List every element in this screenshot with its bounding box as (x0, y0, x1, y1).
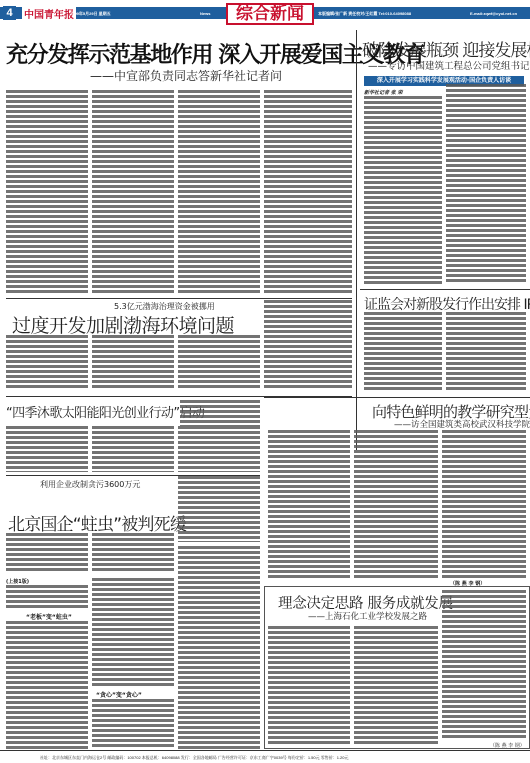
bohai-body-col1 (6, 335, 88, 390)
beijing-section-label: “老板”变“蛀虫” (26, 612, 72, 621)
bohai-body-col3 (178, 335, 260, 390)
solar-body-right (180, 400, 260, 426)
university-signature: （陈 燕 李 钢） (450, 580, 485, 587)
beijing-body-col1-mid (6, 585, 88, 610)
beijing-body-col2 (92, 578, 174, 686)
lead-subhead: ——中宣部负责同志答新华社记者问 (90, 67, 282, 84)
bohai-body-col4 (264, 300, 352, 390)
column-divider (356, 30, 357, 450)
solar-body-col2 (92, 426, 174, 472)
lead-body-col3 (178, 90, 260, 295)
editor-info: 本版编辑/张广新 责任校对/王红霞 Tel:010-64098088 (318, 11, 411, 17)
solar-body-col1 (6, 426, 88, 472)
university-body-col3 (442, 430, 526, 580)
solar-body-col3 (178, 426, 260, 472)
university-body-col1 (268, 430, 350, 580)
section-title: 综合新闻 (226, 3, 314, 25)
shanghai-subhead: ——上海石化工业学校发展之路 (308, 610, 427, 622)
bohai-body-col2 (92, 335, 174, 390)
lead-body-col4 (264, 90, 352, 295)
bohai-divider (6, 298, 352, 299)
shanghai-body-col1 (268, 626, 350, 746)
beijing-body-col3 (178, 546, 260, 749)
contact-email: E-mail:zqwf@cyol.net.cn (470, 11, 517, 16)
beijing-kicker: 利用企业改制贪污3600万元 (40, 479, 140, 490)
page-number: 4 (3, 6, 16, 20)
beijing-headline: 北京国企“蛀虫”被判死缓 (8, 510, 186, 535)
paper-logo: 中国青年报 (22, 6, 76, 21)
top-right-byline: 新华社记者 张 荣 (364, 89, 402, 96)
beijing-body-col1-top (6, 533, 88, 573)
shanghai-signature: （陈 燕 李 钢） (490, 742, 525, 749)
footer-info: 社址：北京东城区东直门内海运仓2号 邮政编码：100702 本报总机：64098… (0, 752, 530, 763)
masthead: 4 中国青年报 2009年5月29日 星期五 News 综合新闻 本版编辑/张广… (0, 3, 530, 23)
beijing-body-top-right (178, 476, 260, 542)
top-right-body-col1 (364, 96, 442, 284)
lead-body-col1 (6, 90, 88, 295)
ipo-headline: 证监会对新股发行作出安排 IPO将重启 (364, 294, 530, 314)
lead-body-col2 (92, 90, 174, 295)
university-body-col2 (354, 430, 438, 580)
beijing-source: (上接1版) (6, 578, 29, 585)
top-right-body-col2 (446, 84, 526, 284)
top-right-subhead: ——专访中国建筑工程总公司党组书记郭涛 (368, 58, 530, 72)
ipo-body-col1 (364, 312, 442, 392)
shanghai-body-col2 (354, 626, 438, 746)
shanghai-body-col3 (442, 590, 526, 740)
bohai-headline: 过度开发加剧渤海环境问题 (12, 311, 234, 338)
university-divider (264, 397, 530, 398)
beijing-body-col2-top (92, 533, 174, 573)
solar-headline: “四季沐歌太阳能阳光创业行动”启动 (6, 402, 204, 421)
ipo-divider (360, 289, 530, 290)
beijing-body-col2-bottom (92, 699, 174, 749)
university-subhead: ——访全国建筑类高校武汉科技学院 (394, 418, 530, 430)
section-en: News (200, 11, 210, 16)
issue-date: 2009年5月29日 星期五 (70, 11, 111, 17)
beijing-section-label-2: “贪心”变“贪心” (96, 690, 142, 699)
ipo-body-col2 (446, 312, 526, 392)
beijing-body-col1 (6, 621, 88, 749)
footer-divider (0, 750, 530, 751)
